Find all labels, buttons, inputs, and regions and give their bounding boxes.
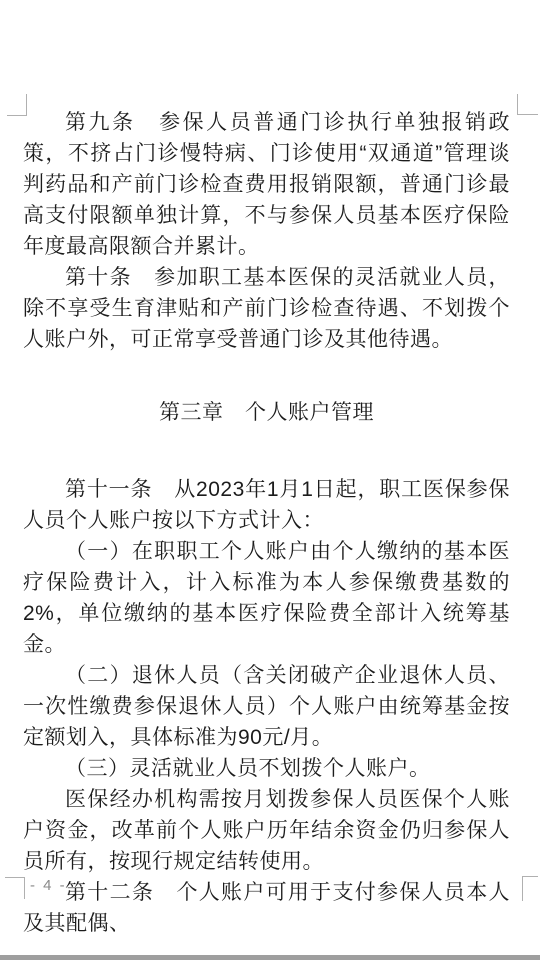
- paragraph-article-9: 第九条 参保人员普通门诊执行单独报销政策，不挤占门诊慢特病、门诊使用“双通道”管…: [23, 107, 510, 262]
- crop-mark-bottom-left-icon: [5, 877, 25, 899]
- page-bottom-edge: [0, 955, 540, 960]
- document-page: 第九条 参保人员普通门诊执行单独报销政策，不挤占门诊慢特病、门诊使用“双通道”管…: [0, 0, 540, 960]
- paragraph-item-2: （二）退休人员（含关闭破产企业退休人员、一次性缴费参保退休人员）个人账户由统筹基…: [23, 660, 510, 753]
- paragraph-article-11: 第十一条 从2023年1月1日起，职工医保参保人员个人账户按以下方式计入：: [23, 474, 510, 536]
- page-number: - 4 -: [30, 877, 67, 894]
- paragraph-transfer-note: 医保经办机构需按月划拨参保人员医保个人账户资金，改革前个人账户历年结余资金仍归参…: [23, 784, 510, 877]
- paragraph-article-10: 第十条 参加职工基本医保的灵活就业人员，除不享受生育津贴和产前门诊检查待遇、不划…: [23, 262, 510, 355]
- chapter-heading: 第三章 个人账户管理: [23, 397, 510, 428]
- crop-mark-top-right-icon: [517, 94, 538, 115]
- crop-mark-bottom-right-icon: [522, 876, 538, 901]
- paragraph-article-12: 第十二条 个人账户可用于支付参保人员本人及其配偶、: [23, 877, 510, 939]
- paragraph-item-3: （三）灵活就业人员不划拨个人账户。: [23, 753, 510, 784]
- paragraph-item-1: （一）在职职工个人账户由个人缴纳的基本医疗保险费计入，计入标准为本人参保缴费基数…: [23, 536, 510, 660]
- document-body: 第九条 参保人员普通门诊执行单独报销政策，不挤占门诊慢特病、门诊使用“双通道”管…: [23, 107, 510, 939]
